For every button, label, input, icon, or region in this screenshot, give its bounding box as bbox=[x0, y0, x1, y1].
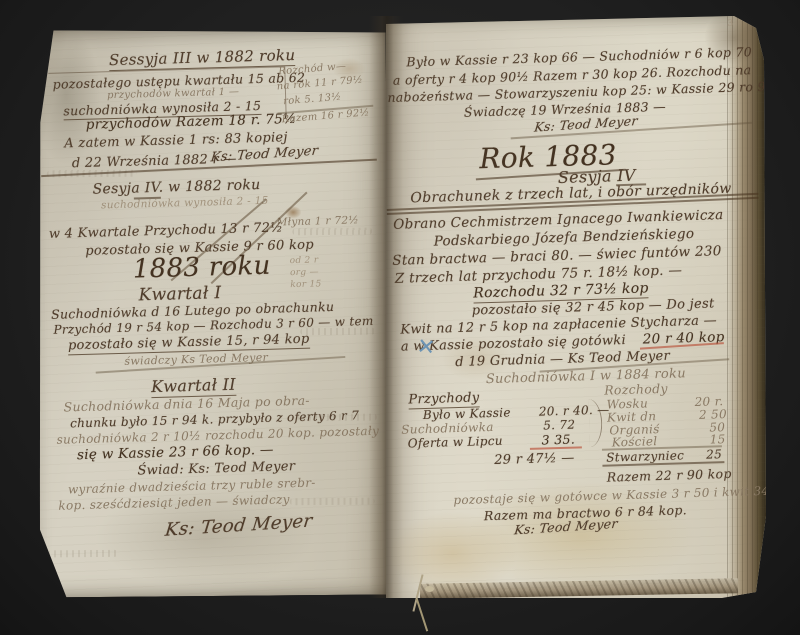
signature: Ks: Teod Meyer bbox=[164, 511, 314, 541]
expense-row-value: 25 bbox=[706, 447, 722, 461]
income-row-value: 3 35. bbox=[541, 432, 575, 448]
expense-column-header: Rozchody bbox=[604, 381, 668, 398]
pencil-note: od 2 r bbox=[290, 255, 319, 266]
binding-thread bbox=[416, 599, 428, 632]
income-sum: 29 r 47½ — bbox=[494, 451, 575, 468]
expense-sum: Razem 22 r 90 kop bbox=[607, 466, 732, 485]
margin-note: Młyna 1 r 72½ bbox=[276, 214, 359, 228]
left-page-writing: Sessyja III w 1882 roku pozostałego ustę… bbox=[31, 24, 397, 601]
margin-note: rok 5. 13½ bbox=[283, 92, 342, 108]
binding-thread-knot bbox=[425, 586, 434, 592]
manuscript-line: suchodniówka wynosiła 2 - 15 bbox=[101, 195, 269, 212]
page-number: 3 bbox=[727, 19, 733, 29]
manuscript-line: Sesyja IV. w 1882 roku bbox=[92, 177, 260, 198]
pencil-note: kor 15 bbox=[290, 279, 322, 290]
year-heading: 1883 roku bbox=[132, 251, 271, 285]
left-page: Sessyja III w 1882 roku pozostałego ustę… bbox=[36, 27, 391, 597]
income-row-label: Oferta w Lipcu bbox=[408, 434, 504, 451]
photo-background: Sessyja III w 1882 roku pozostałego ustę… bbox=[0, 0, 800, 635]
pencil-note: org — bbox=[290, 267, 319, 278]
income-row-label: Było w Kassie bbox=[423, 405, 511, 422]
red-underline bbox=[530, 446, 582, 450]
right-page-writing: 3 Było w Kassie r 23 kop 66 — Suchodniów… bbox=[379, 10, 776, 603]
right-page: 3 Było w Kassie r 23 kop 66 — Suchodniów… bbox=[386, 16, 766, 598]
blue-x-mark: ✕ bbox=[415, 334, 436, 361]
manuscript-line: Świad: Ks: Teod Meyer bbox=[137, 459, 295, 478]
income-row-value: 5. 72 bbox=[543, 418, 575, 433]
